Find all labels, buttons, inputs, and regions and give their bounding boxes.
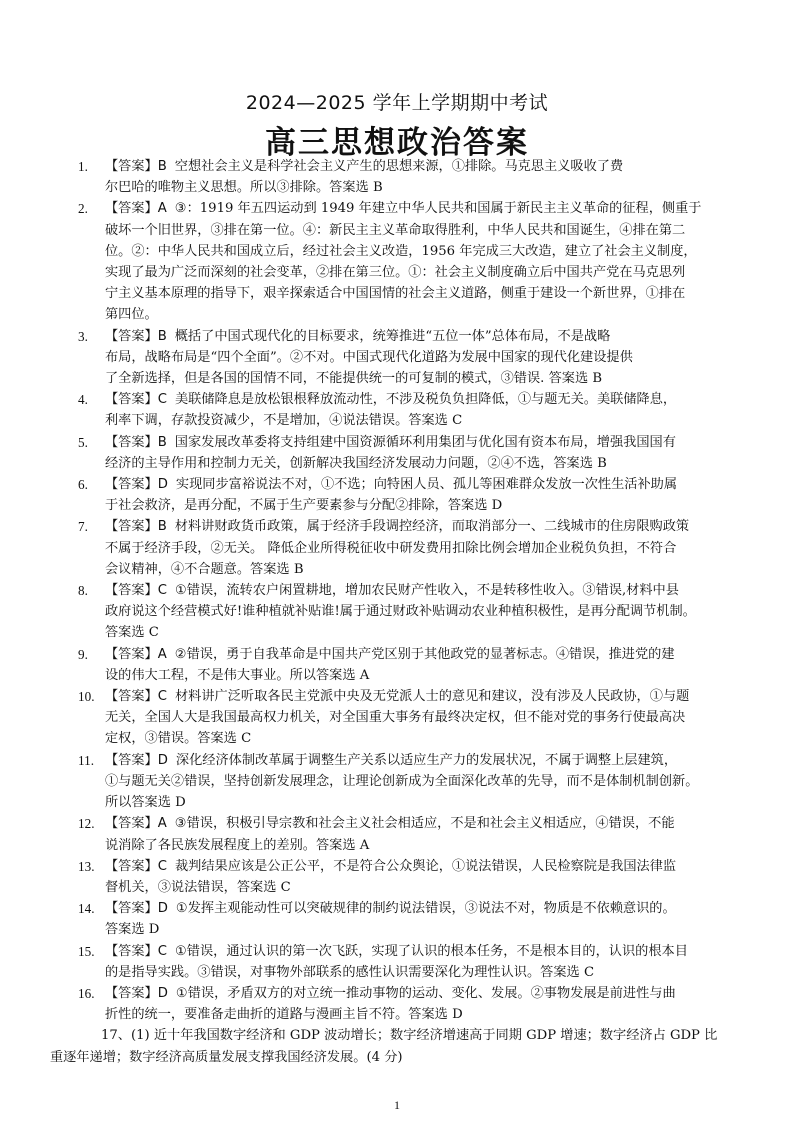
answer-line: 位。②：中华人民共和国成立后，经过社会主义改造，1956 年完成三大改造，建立了… [105,241,720,262]
question-17-answer: 17、(1) 近十年我国数字经济和 GDP 波动增长；数字经济增速高于同期 GD… [74,1025,720,1067]
answer-explanation: ②错误，勇于自我革命是中国共产党区别于其他政党的显著标志。④错误，推进党的建 [175,647,675,662]
page-number: 1 [0,1098,794,1113]
answer-item: 15.【答案】C①错误，通过认识的第一次飞跃，实现了认识的根本任务，不是根本目的… [78,941,720,983]
answer-explanation: 材料讲广泛听取各民主党派中央及无党派人士的意见和建议，没有涉及人民政协，①与题 [175,689,689,704]
answer-item: 12.【答案】A③错误，积极引导宗教和社会主义社会相适应，不是和社会主义相适应，… [78,813,720,855]
answer-number: 1. [78,156,102,177]
answer-line: 布局，战略布局是“四个全面”。②不对。中国式现代化道路为发展中国家的现代化建设提… [105,347,720,368]
answer-line: ①与题无关②错误，坚持创新发展理念，让理论创新成为全面深化改革的先导，而不是体制… [105,771,720,792]
answer-number: 11. [78,750,102,771]
answer-key-tag: 【答案】D [105,986,168,1001]
answer-number: 4. [78,389,102,410]
exam-term-title: 2024—2025 学年上学期期中考试 [0,88,794,115]
answer-line: 破坏一个旧世界，③排在第一位。④：新民主主义革命取得胜利，中华人民共和国诞生，④… [105,220,720,241]
answer-line: 【答案】D深化经济体制改革属于调整生产关系以适应生产力的发展状况，不属于调整上层… [105,750,720,771]
answer-item: 14.【答案】D①发挥主观能动性可以突破规律的制约说法错误，③说法不对，物质是不… [78,898,720,940]
answer-line: 【答案】D①发挥主观能动性可以突破规律的制约说法错误，③说法不对，物质是不依赖意… [105,898,720,919]
answer-item: 5.【答案】B国家发展改革委将支持组建中国资源循环利用集团与优化国有资本布局，增… [78,432,720,474]
answer-key-tag: 【答案】A [105,647,167,662]
answer-item: 4.【答案】C美联储降息是放松银根释放流动性，不涉及税负负担降低，①与题无关。美… [78,389,720,431]
answer-line: 于社会救济，是再分配，不属于生产要素参与分配②排除，答案选 D [105,495,720,516]
answer-number: 6. [78,474,102,495]
answer-line: 答案选 C [105,622,720,643]
answer-key-tag: 【答案】C [105,689,167,704]
answer-line: 的是指导实践。③错误，对事物外部联系的感性认识需要深化为理性认识。答案选 C [105,962,720,983]
answer-line: 所以答案选 D [105,792,720,813]
answer-line: 【答案】B概括了中国式现代化的目标要求，统筹推进“五位一体”总体布局，不是战略 [105,326,720,347]
answer-key-tag: 【答案】C [105,859,167,874]
answer-item: 10.【答案】C材料讲广泛听取各民主党派中央及无党派人士的意见和建议，没有涉及人… [78,686,720,750]
answer-item: 1.【答案】B空想社会主义是科学社会主义产生的思想来源，①排除。马克思主义吸收了… [78,156,720,198]
answer-explanation: ③：1919 年五四运动到 1949 年建立中华人民共和国属于新民主主义革命的征… [175,201,702,216]
answer-item: 13.【答案】C裁判结果应该是公正公平，不是符合公众舆论，①说法错误，人民检察院… [78,856,720,898]
question-17-line: 17、(1) 近十年我国数字经济和 GDP 波动增长；数字经济增速高于同期 GD… [74,1025,720,1046]
answer-number: 15. [78,941,102,962]
answer-line: 了全新选择，但是各国的国情不同，不能提供统一的可复制的模式，③错误. 答案选 B [105,368,720,389]
answer-line: 督机关，③说法错误，答案选 C [105,877,720,898]
answer-explanation: ①错误，矛盾双方的对立统一推动事物的运动、变化、发展。②事物发展是前进性与曲 [176,986,676,1001]
answer-explanation: 裁判结果应该是公正公平，不是符合公众舆论，①说法错误，人民检察院是我国法律监 [175,859,676,874]
document-page: 2024—2025 学年上学期期中考试 高三思想政治答案 1.【答案】B空想社会… [0,0,794,1123]
answer-item: 6.【答案】D实现同步富裕说法不对，①不选；向特困人员、孤儿等困难群众发放一次性… [78,474,720,516]
question-17-line: 重逐年递增；数字经济高质量发展支撑我国经济发展。(4 分) [50,1047,720,1068]
answer-line: 利率下调，存款投资减少，不是增加，④说法错误。答案选 C [105,410,720,431]
answer-number: 7. [78,516,102,537]
answer-key-tag: 【答案】C [105,583,167,598]
answer-explanation: 实现同步富裕说法不对，①不选；向特困人员、孤儿等困难群众发放一次性生活补助属 [176,477,677,492]
answer-line: 【答案】C材料讲广泛听取各民主党派中央及无党派人士的意见和建议，没有涉及人民政协… [105,686,720,707]
answer-line: 宁主义基本原理的指导下，艰辛探索适合中国国情的社会主义道路，侧重于建设一个新世界… [105,283,720,304]
answer-key-tag: 【答案】A [105,201,167,216]
answer-explanation: ①发挥主观能动性可以突破规律的制约说法错误，③说法不对，物质是不依赖意识的。 [176,901,676,916]
answer-number: 8. [78,580,102,601]
answer-line: 定权，③错误。答案选 C [105,728,720,749]
answer-line: 【答案】C①错误，流转农户闲置耕地，增加农民财产性收入，不是转移性收入。③错误,… [105,580,720,601]
answer-explanation: 空想社会主义是科学社会主义产生的思想来源，①排除。马克思主义吸收了费 [175,159,623,174]
answer-key-tag: 【答案】D [105,901,168,916]
answer-number: 14. [78,898,102,919]
answer-number: 5. [78,432,102,453]
answer-line: 尔巴哈的唯物主义思想。所以③排除。答案选 B [105,177,720,198]
answer-key-tag: 【答案】D [105,477,168,492]
answer-explanation: 深化经济体制改革属于调整生产关系以适应生产力的发展状况，不属于调整上层建筑， [176,753,677,768]
answer-number: 3. [78,326,102,347]
answer-line: 政府说这个经营模式好!谁种植就补贴谁!属于通过财政补贴调动农业种植积极性，是再分… [105,601,720,622]
answer-line: 【答案】A③错误，积极引导宗教和社会主义社会相适应，不是和社会主义相适应，④错误… [105,813,720,834]
answer-key-tag: 【答案】C [105,392,167,407]
answer-key-tag: 【答案】A [105,816,167,831]
answer-number: 13. [78,856,102,877]
answer-item: 3.【答案】B概括了中国式现代化的目标要求，统筹推进“五位一体”总体布局，不是战… [78,326,720,390]
answer-line: 【答案】B空想社会主义是科学社会主义产生的思想来源，①排除。马克思主义吸收了费 [105,156,720,177]
answer-item: 8.【答案】C①错误，流转农户闲置耕地，增加农民财产性收入，不是转移性收入。③错… [78,580,720,644]
answer-line: 【答案】D实现同步富裕说法不对，①不选；向特困人员、孤儿等困难群众发放一次性生活… [105,474,720,495]
answer-line: 说消除了各民族发展程度上的差别。答案选 A [105,835,720,856]
answer-key-tag: 【答案】B [105,435,167,450]
answer-key-tag: 【答案】B [105,159,167,174]
answer-item: 11.【答案】D深化经济体制改革属于调整生产关系以适应生产力的发展状况，不属于调… [78,750,720,814]
answer-line: 【答案】A②错误，勇于自我革命是中国共产党区别于其他政党的显著标志。④错误，推进… [105,644,720,665]
answer-line: 【答案】C美联储降息是放松银根释放流动性，不涉及税负负担降低，①与题无关。美联储… [105,389,720,410]
answer-line: 经济的主导作用和控制力无关，创新解决我国经济发展动力问题，②④不选，答案选 B [105,453,720,474]
answer-line: 实现了最为广泛而深刻的社会变革，②排在第三位。①：社会主义制度确立后中国共产党在… [105,262,720,283]
answer-item: 9.【答案】A②错误，勇于自我革命是中国共产党区别于其他政党的显著标志。④错误，… [78,644,720,686]
answer-line: 【答案】B材料讲财政货币政策，属于经济手段调控经济，而取消部分一、二线城市的住房… [105,516,720,537]
answer-line: 【答案】C①错误，通过认识的第一次飞跃，实现了认识的根本任务，不是根本目的，认识… [105,941,720,962]
answer-explanation: 概括了中国式现代化的目标要求，统筹推进“五位一体”总体布局，不是战略 [175,329,610,344]
answer-item: 2.【答案】A③：1919 年五四运动到 1949 年建立中华人民共和国属于新民… [78,198,720,325]
answer-number: 9. [78,644,102,665]
answer-explanation: 美联储降息是放松银根释放流动性，不涉及税负负担降低，①与题无关。美联储降息， [175,392,676,407]
answer-list: 1.【答案】B空想社会主义是科学社会主义产生的思想来源，①排除。马克思主义吸收了… [78,156,720,1068]
answer-line: 答案选 D [105,919,720,940]
answer-key-tag: 【答案】D [105,753,168,768]
answer-explanation: 材料讲财政货币政策，属于经济手段调控经济，而取消部分一、二线城市的住房限购政策 [175,519,689,534]
answer-line: 设的伟大工程，不是伟大事业。所以答案选 A [105,665,720,686]
answer-line: 【答案】C裁判结果应该是公正公平，不是符合公众舆论，①说法错误，人民检察院是我国… [105,856,720,877]
answer-explanation: 国家发展改革委将支持组建中国资源循环利用集团与优化国有资本布局，增强我国国有 [175,435,676,450]
answer-key-tag: 【答案】B [105,519,167,534]
answer-line: 【答案】A③：1919 年五四运动到 1949 年建立中华人民共和国属于新民主主… [105,198,720,219]
answer-explanation: ③错误，积极引导宗教和社会主义社会相适应，不是和社会主义相适应，④错误，不能 [175,816,675,831]
answer-key-tag: 【答案】B [105,329,167,344]
answer-line: 折性的统一，要准备走曲折的道路与漫画主旨不符。答案选 D [105,1004,720,1025]
answer-line: 不属于经济手段，②无关。 降低企业所得税征收中研发费用扣除比例会增加企业税负负担… [105,538,720,559]
answer-number: 12. [78,813,102,834]
answer-item: 16.【答案】D①错误，矛盾双方的对立统一推动事物的运动、变化、发展。②事物发展… [78,983,720,1025]
answer-line: 第四位。 [105,304,720,325]
answer-line: 【答案】D①错误，矛盾双方的对立统一推动事物的运动、变化、发展。②事物发展是前进… [105,983,720,1004]
answer-number: 10. [78,686,102,707]
answer-line: 【答案】B国家发展改革委将支持组建中国资源循环利用集团与优化国有资本布局，增强我… [105,432,720,453]
answer-number: 16. [78,983,102,1004]
answer-line: 无关，全国人大是我国最高权力机关，对全国重大事务有最终决定权，但不能对党的事务行… [105,707,720,728]
answer-line: 会议精神，④不合题意。答案选 B [105,559,720,580]
answer-explanation: ①错误，通过认识的第一次飞跃，实现了认识的根本任务，不是根本目的，认识的根本目 [175,944,688,959]
answer-explanation: ①错误，流转农户闲置耕地，增加农民财产性收入，不是转移性收入。③错误,材料中县 [175,583,679,598]
answer-key-tag: 【答案】C [105,944,167,959]
answer-item: 7.【答案】B材料讲财政货币政策，属于经济手段调控经济，而取消部分一、二线城市的… [78,516,720,580]
answer-number: 2. [78,198,102,219]
